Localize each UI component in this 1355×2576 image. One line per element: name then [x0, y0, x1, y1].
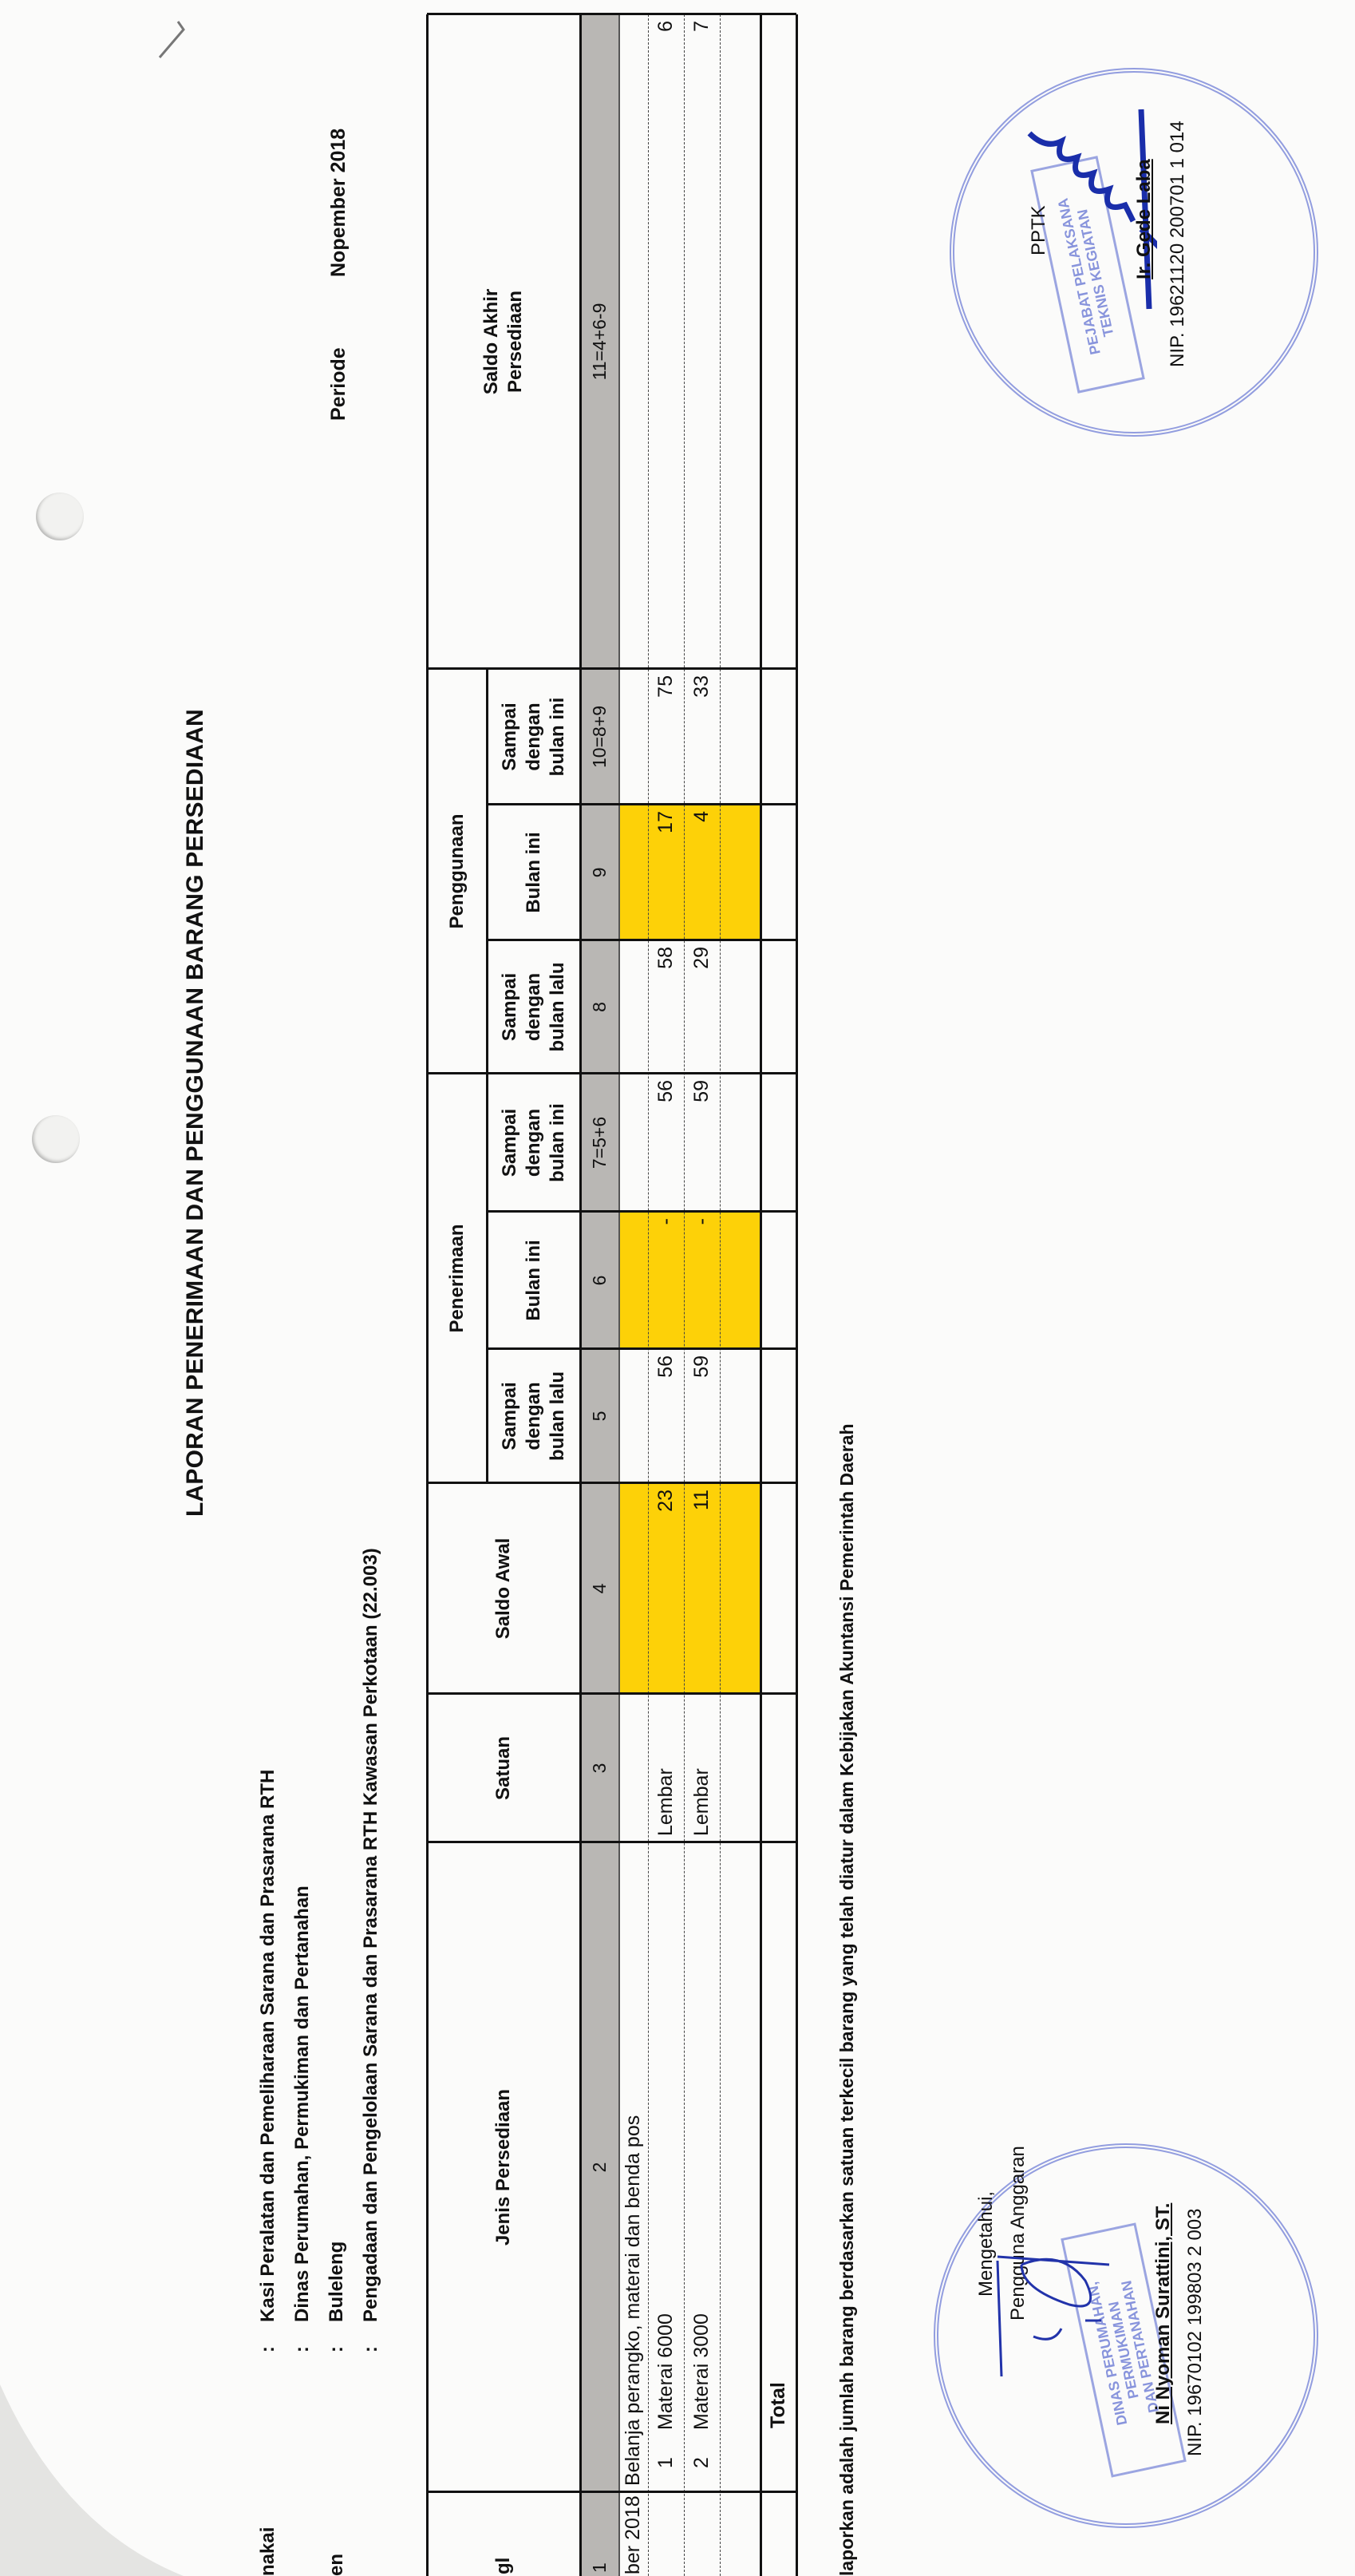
row-unit: Lembar [648, 1694, 684, 1842]
row-value-g-sd-lalu: 58 [648, 940, 684, 1074]
row-item-name: Materai 6000 [648, 2111, 684, 2430]
grid-line [427, 1692, 796, 1695]
row-value-g-bulan-ini: 4 [684, 805, 720, 940]
column-number: 11=4+6-9 [580, 14, 618, 669]
header-penggunaan: Penggunaan [427, 669, 487, 1074]
grid-line [487, 1347, 796, 1350]
column-number: 1 [580, 2492, 618, 2576]
sig-left-nip: NIP. 19670102 199803 2 003 [1184, 2208, 1207, 2456]
meta-label: nakai [257, 2527, 279, 2576]
punch-hole [32, 1115, 80, 1163]
header-satuan: Satuan [427, 1694, 580, 1842]
punch-hole [36, 493, 84, 540]
grid-line [427, 1841, 796, 1843]
grid-line-dashed [684, 14, 685, 2576]
meta-sep: : [257, 2346, 279, 2352]
header-saldo-akhir: Saldo Akhir Persediaan [427, 14, 580, 669]
report-title: LAPORAN PENERIMAAN DAN PENGGUNAAN BARANG… [182, 709, 209, 1517]
row-value-p-sd-lalu: 56 [648, 1349, 684, 1483]
row-number: 2 [684, 2436, 720, 2468]
grid-line [427, 1072, 796, 1074]
scanned-report-page: LAPORAN PENERIMAAN DAN PENGGUNAAN BARANG… [0, 0, 1355, 2576]
column-number: 9 [580, 805, 618, 940]
header-penerimaan: Penerimaan [427, 1074, 487, 1483]
meta-kabupaten: Buleleng [326, 2242, 348, 2322]
column-number: 4 [580, 1483, 618, 1694]
row-value-saldo-awal: 11 [684, 1483, 720, 1694]
grid-line [427, 13, 796, 15]
grid-line-dashed [648, 14, 649, 2576]
header-penggunaan-sd-lalu: Sampai dengan bulan lalu [487, 940, 580, 1074]
grid-line [487, 1210, 796, 1213]
row-value-saldo-akhir: 6 [648, 14, 684, 669]
column-number: 3 [580, 1694, 618, 1842]
meta-sep: : [326, 2346, 348, 2352]
row-value-p-bulan-ini: - [684, 1212, 720, 1349]
sig-right-name: Ir. Gede Laba [1133, 159, 1156, 279]
total-label: Total [760, 2333, 796, 2428]
meta-sep: : [360, 2346, 382, 2352]
row-value-saldo-akhir: 7 [684, 14, 720, 669]
row-unit: Lembar [684, 1694, 720, 1842]
grid-line [427, 667, 796, 670]
page-fold-corner [0, 2368, 207, 2576]
grid-line [486, 669, 488, 1483]
header-jenis-persediaan: Jenis Persediaan [427, 1842, 580, 2492]
meta-sep: : [291, 2346, 314, 2352]
pen-tick-mark [156, 14, 203, 61]
row-value-saldo-awal: 23 [648, 1483, 684, 1694]
column-number: 7=5+6 [580, 1074, 618, 1212]
group-row-label: Belanja perangko, materai dan benda pos [618, 1774, 648, 2492]
meta-kegiatan: Pengadaan dan Pengelolaan Sarana dan Pra… [360, 1548, 382, 2322]
grid-line [760, 14, 762, 2576]
periode-label: Periode [327, 347, 350, 421]
column-number: 8 [580, 940, 618, 1074]
grid-line [796, 14, 798, 2576]
row-value-p-bulan-ini: - [648, 1212, 684, 1349]
meta-unit: Kasi Peralatan dan Pemeliharaan Sarana d… [257, 1770, 279, 2322]
row-value-p-sd-lalu: 59 [684, 1349, 720, 1483]
column-number: 6 [580, 1212, 618, 1349]
sig-left-name: Ni Nyoman Surattini, ST. [1152, 2203, 1175, 2424]
row-item-name: Materai 3000 [684, 2111, 720, 2430]
grid-line [487, 939, 796, 941]
grid-line [427, 1482, 796, 1484]
column-number: 2 [580, 1842, 618, 2492]
signature-left [990, 2177, 1117, 2384]
row-value-g-sd-ini: 75 [648, 669, 684, 805]
header-tgl: gl [427, 2492, 580, 2576]
grid-line [427, 2491, 796, 2493]
periode-value: Nopember 2018 [327, 129, 350, 277]
sig-right-nip: NIP. 19621120 200701 1 014 [1167, 121, 1189, 367]
header-penerimaan-bulan-ini: Bulan ini [487, 1212, 580, 1349]
meta-label: en [326, 2554, 348, 2576]
row-number: 1 [648, 2436, 684, 2468]
row-value-g-bulan-ini: 17 [648, 805, 684, 940]
header-penggunaan-bulan-ini: Bulan ini [487, 805, 580, 940]
row-value-p-sd-ini: 56 [648, 1074, 684, 1212]
footer-note: laporkan adalah jumlah barang berdasarka… [836, 1423, 858, 2576]
grid-line [618, 14, 620, 2576]
grid-line [426, 14, 429, 2576]
row-value-g-sd-lalu: 29 [684, 940, 720, 1074]
header-penerimaan-sd-ini: Sampai dengan bulan ini [487, 1074, 580, 1212]
grid-line-dashed [720, 14, 721, 2576]
row-value-p-sd-ini: 59 [684, 1074, 720, 1212]
header-penerimaan-sd-lalu: Sampai dengan bulan lalu [487, 1349, 580, 1483]
column-number: 10=8+9 [580, 669, 618, 805]
column-number: 5 [580, 1349, 618, 1483]
grid-line [579, 14, 582, 2576]
row-value-g-sd-ini: 33 [684, 669, 720, 805]
header-penggunaan-sd-ini: Sampai dengan bulan ini [487, 669, 580, 805]
header-saldo-awal: Saldo Awal [427, 1483, 580, 1694]
meta-dinas: Dinas Perumahan, Permukiman dan Pertanah… [291, 1886, 314, 2322]
grid-line [487, 803, 796, 805]
